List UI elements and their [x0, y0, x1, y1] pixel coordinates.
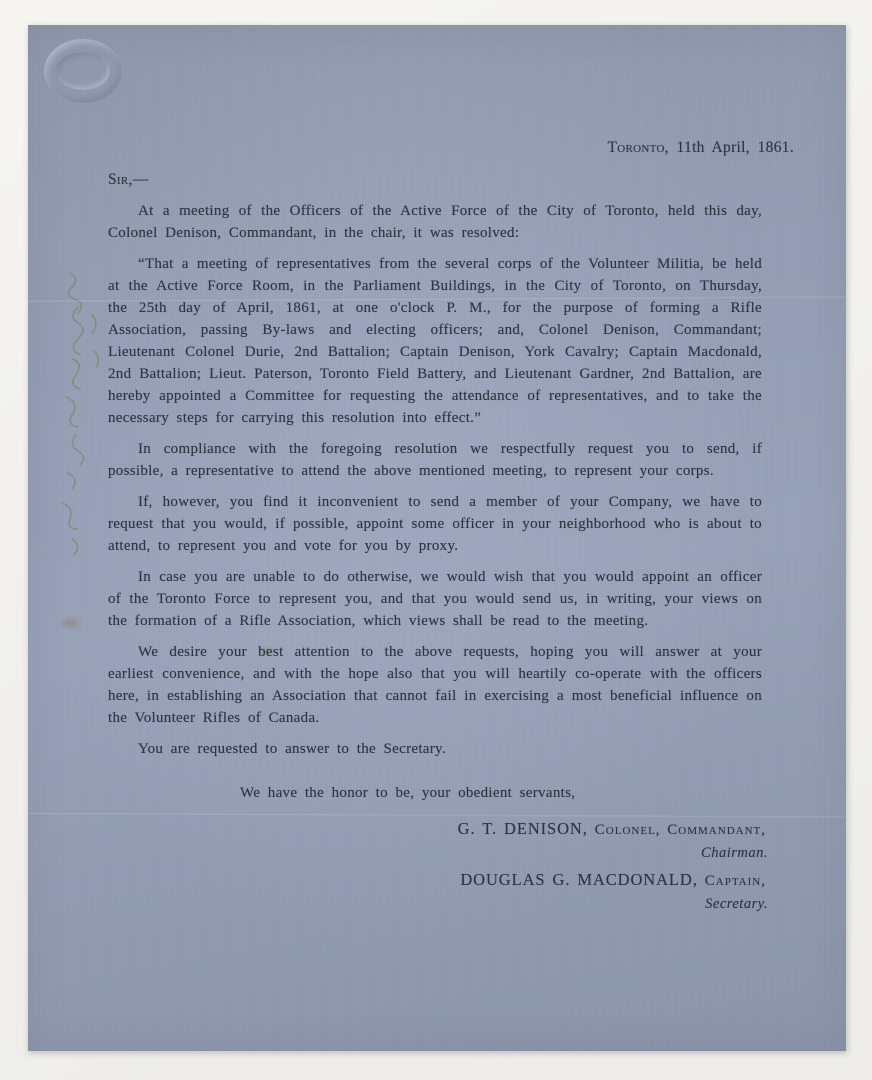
letter-content: Toronto, 11th April, 1861. Sir,— At a me…	[108, 25, 796, 920]
letter-paragraph-views: In case you are unable to do otherwise, …	[108, 566, 762, 632]
signature-secretary-title: Secretary.	[108, 893, 796, 915]
letter-paragraph-cooperation: We desire your best attention to the abo…	[108, 641, 762, 729]
letter-paper: Toronto, 11th April, 1861. Sir,— At a me…	[28, 25, 846, 1051]
salutation: Sir,—	[108, 169, 796, 191]
scanner-background: Toronto, 11th April, 1861. Sir,— At a me…	[0, 0, 872, 1080]
signature-secretary-name: DOUGLAS G. MACDONALD,	[460, 870, 704, 889]
dateline-date: 11th April, 1861.	[669, 139, 794, 156]
dateline: Toronto, 11th April, 1861.	[108, 137, 796, 159]
signature-secretary-rank: Captain,	[705, 873, 766, 889]
letter-paragraph-compliance: In compliance with the foregoing resolut…	[108, 438, 762, 482]
letter-paragraph-proxy: If, however, you find it inconvenient to…	[108, 491, 762, 557]
embossed-seal-inner-ring	[56, 52, 110, 90]
signature-chairman-name: G. T. DENISON,	[458, 819, 595, 838]
ink-stain	[58, 615, 84, 631]
signature-secretary: DOUGLAS G. MACDONALD, Captain,	[108, 869, 796, 892]
letter-paragraph-opening: At a meeting of the Officers of the Acti…	[108, 200, 762, 244]
signature-chairman-rank: Colonel, Commandant,	[595, 822, 766, 838]
signature-chairman: G. T. DENISON, Colonel, Commandant,	[108, 818, 796, 841]
dateline-place: Toronto,	[607, 139, 668, 156]
signature-chairman-title: Chairman.	[108, 842, 796, 864]
letter-paragraph-resolution-quote: “That a meeting of representatives from …	[108, 253, 762, 429]
letter-paragraph-answer-secretary: You are requested to answer to the Secre…	[108, 738, 762, 760]
valediction: We have the honor to be, your obedient s…	[240, 782, 796, 804]
signature-block: G. T. DENISON, Colonel, Commandant, Chai…	[108, 818, 796, 915]
